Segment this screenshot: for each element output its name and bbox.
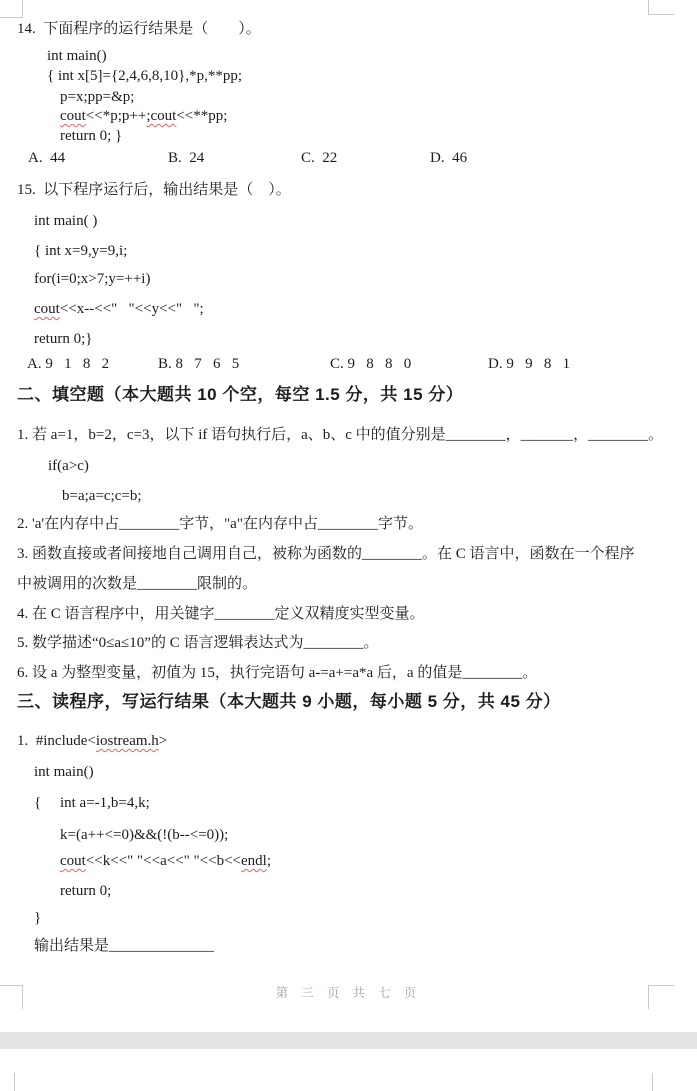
section-3-heading: 三、读程序，写运行结果（本大题共 9 小题，每小题 5 分，共 45 分） — [17, 692, 561, 712]
q15-option-b: B. 8 7 6 5 — [158, 356, 239, 373]
s2-q2: 2. 'a'在内存中占________字节，"a"在内存中占________字节… — [17, 514, 423, 534]
spellcheck-squiggle: endl — [241, 853, 267, 869]
q15-code-line-2: { int x=9,y=9,i; — [34, 241, 127, 261]
s2-q4: 4. 在 C 语言程序中，用关键字________定义双精度实型变量。 — [17, 604, 425, 624]
q14-option-c: C. 22 — [301, 150, 337, 167]
q14-options-row: A. 44 B. 24 C. 22 D. 46 — [0, 150, 697, 170]
question-14-title: 14. 下面程序的运行结果是（ ）。 — [17, 19, 261, 39]
section-2-heading: 二、填空题（本大题共 10 个空，每空 1.5 分，共 15 分） — [17, 385, 463, 405]
q15-code-line-3: for(i=0;x>7;y=++i) — [34, 269, 150, 289]
s3-q1-answer-blank: 输出结果是______________ — [34, 936, 214, 956]
q15-code-line-5: return 0;} — [34, 329, 92, 349]
q14-code-line-5: return 0; } — [60, 126, 122, 146]
s2-q3-line-1: 3. 函数直接或者间接地自己调用自己，被称为函数的________。在 C 语言… — [17, 544, 635, 564]
s2-q1-line-1: 1. 若 a=1，b=2，c=3，以下 if 语句执行后，a、b、c 中的值分别… — [17, 425, 663, 445]
s3-q1-code-line-3: { int a=-1,b=4,k; — [34, 793, 150, 813]
next-page-boundary-mark-right — [652, 1073, 653, 1091]
spellcheck-squiggle: ;cout — [146, 108, 176, 124]
text-boundary-mark-top-left — [0, 0, 23, 18]
spellcheck-squiggle: cout — [34, 301, 60, 317]
s3-q1-code-line-6: return 0; — [60, 881, 111, 901]
q14-code-line-1: int main() — [47, 46, 107, 66]
page-number-footer: 第 三 页 共 七 页 — [0, 983, 697, 1001]
q14-code-line-3: p=x;pp=&p; — [60, 87, 134, 107]
s2-q5: 5. 数学描述“0≤a≤10”的 C 语言逻辑表达式为________。 — [17, 633, 378, 653]
s3-q1-code-line-2: int main() — [34, 762, 94, 782]
spellcheck-squiggle: iostream.h — [96, 733, 159, 749]
q14-code-line-2: { int x[5]={2,4,6,8,10},*p,**pp; — [47, 66, 242, 86]
q15-option-c: C. 9 8 8 0 — [330, 356, 411, 373]
q15-code-line-4: cout<<x--<<" "<<y<<" "; — [34, 299, 204, 319]
q14-option-d: D. 46 — [430, 150, 467, 167]
exam-document-page: 14. 下面程序的运行结果是（ ）。 int main() { int x[5]… — [0, 0, 697, 1091]
s2-q3-line-2: 中被调用的次数是________限制的。 — [17, 574, 257, 594]
q15-options-row: A. 9 1 8 2 B. 8 7 6 5 C. 9 8 8 0 D. 9 9 … — [0, 356, 697, 376]
q15-code-line-1: int main( ) — [34, 211, 97, 231]
text-boundary-mark-top-right — [648, 0, 674, 15]
spellcheck-squiggle: cout — [60, 853, 86, 869]
s3-q1-code-line-5: cout<<k<<" "<<a<<" "<<b<<endl; — [60, 851, 271, 871]
s2-q6: 6. 设 a 为整型变量，初值为 15，执行完语句 a-=a+=a*a 后，a … — [17, 663, 537, 683]
q14-option-b: B. 24 — [168, 150, 204, 167]
page-break-separator — [0, 1032, 697, 1049]
q14-option-a: A. 44 — [28, 150, 65, 167]
q15-option-a: A. 9 1 8 2 — [27, 356, 109, 373]
next-page-boundary-mark-left — [14, 1073, 15, 1091]
s3-q1-include-line: 1. #include<iostream.h> — [17, 731, 167, 751]
s2-q1-line-3: b=a;a=c;c=b; — [62, 486, 142, 506]
spellcheck-squiggle: cout — [60, 108, 86, 124]
s3-q1-code-line-4: k=(a++<=0)&&(!(b--<=0)); — [60, 825, 228, 845]
q15-option-d: D. 9 9 8 1 — [488, 356, 570, 373]
s2-q1-line-2: if(a>c) — [48, 456, 89, 476]
q14-code-line-4: cout<<*p;p++;cout<<**pp; — [60, 106, 227, 126]
s3-q1-code-line-7: } — [34, 908, 41, 928]
question-15-title: 15. 以下程序运行后，输出结果是（ ）。 — [17, 180, 291, 200]
